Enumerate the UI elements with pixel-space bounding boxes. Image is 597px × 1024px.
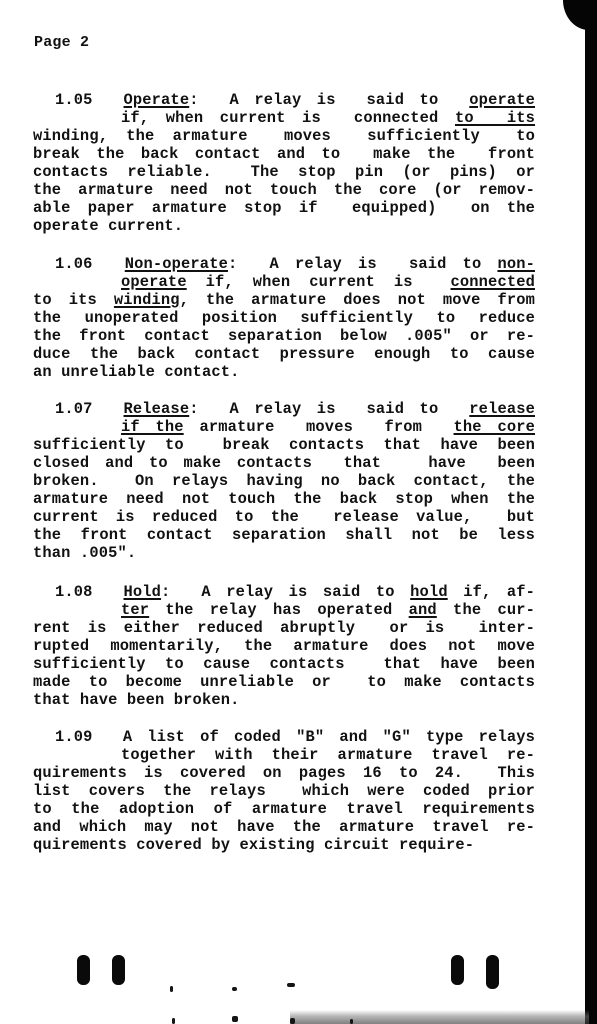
text-line: duce the back contact pressure enough to…	[33, 345, 535, 363]
text-line: winding, the armature moves sufficiently…	[33, 127, 535, 145]
text-line: armature need not touch the back stop wh…	[33, 490, 535, 508]
underlined-term: release	[469, 400, 535, 418]
binding-hole-left-1	[77, 955, 90, 985]
section-1-05-operate: 1.05 Operate: A relay is said to operate…	[33, 91, 535, 235]
section-1-06-non-operate: 1.06 Non-operate: A relay is said to non…	[33, 255, 535, 381]
text-line: rupted momentarily, the armature does no…	[33, 637, 535, 655]
scan-speck	[170, 986, 173, 992]
text-line: if, when current is connected to its	[33, 109, 535, 127]
text-line: broken. On relays having no back contact…	[33, 472, 535, 490]
text-run: 1.08	[55, 583, 124, 601]
text-run: if, when current is connected	[121, 109, 455, 127]
text-run: the front contact separation below .005"…	[33, 327, 535, 345]
text-line: 1.05 Operate: A relay is said to operate	[33, 91, 535, 109]
underlined-term: to its	[455, 109, 535, 127]
text-line: operate current.	[33, 217, 535, 235]
underlined-term: hold	[410, 583, 448, 601]
text-run: rupted momentarily, the armature does no…	[33, 637, 535, 655]
text-run: rent is either reduced abruptly or is in…	[33, 619, 535, 637]
text-line: rent is either reduced abruptly or is in…	[33, 619, 535, 637]
text-run: winding, the armature moves sufficiently…	[33, 127, 535, 145]
text-run: , the armature does not move from	[180, 291, 535, 309]
text-line: ter the relay has operated and the cur-	[33, 601, 535, 619]
scan-shadow-bottom	[290, 1010, 589, 1024]
text-run: if, af-	[448, 583, 535, 601]
text-run: duce the back contact pressure enough to…	[33, 345, 535, 363]
text-run: sufficiently to cause contacts that have…	[33, 655, 535, 673]
text-line: if the armature moves from the core	[33, 418, 535, 436]
text-line: the front contact separation below .005"…	[33, 327, 535, 345]
underlined-term: Release	[124, 400, 190, 418]
text-line: 1.06 Non-operate: A relay is said to non…	[33, 255, 535, 273]
text-line: the armature need not touch the core (or…	[33, 181, 535, 199]
text-line: closed and to make contacts that have be…	[33, 454, 535, 472]
text-run: current is reduced to the release value,…	[33, 508, 535, 526]
underlined-term: operate	[121, 273, 187, 291]
scan-speck	[232, 987, 237, 991]
binding-hole-right-1	[451, 955, 464, 985]
text-line: that have been broken.	[33, 691, 535, 709]
text-run: 1.06	[55, 255, 125, 273]
section-1-07-release: 1.07 Release: A relay is said to release…	[33, 400, 535, 562]
underlined-term: Operate	[124, 91, 190, 109]
text-run: the relay has operated	[149, 601, 408, 619]
section-1-09-relay-list: 1.09 A list of coded "B" and "G" type re…	[33, 728, 535, 854]
text-run: broken. On relays having no back contact…	[33, 472, 535, 490]
text-run: armature need not touch the back stop wh…	[33, 490, 535, 508]
text-line: break the back contact and to make the f…	[33, 145, 535, 163]
text-line: 1.09 A list of coded "B" and "G" type re…	[33, 728, 535, 746]
text-run: closed and to make contacts that have be…	[33, 454, 535, 472]
text-run: the front contact separation shall not b…	[33, 526, 535, 544]
underlined-term: Hold	[124, 583, 162, 601]
text-line: the unoperated position sufficiently to …	[33, 309, 535, 327]
underlined-term: the core	[454, 418, 535, 436]
text-line: to the adoption of armature travel requi…	[33, 800, 535, 818]
text-run: 1.05	[55, 91, 124, 109]
underlined-term: and	[409, 601, 437, 619]
binding-hole-left-2	[112, 955, 125, 985]
text-line: and which may not have the armature trav…	[33, 818, 535, 836]
text-run: the armature need not touch the core (or…	[33, 181, 535, 199]
text-line: quirements is covered on pages 16 to 24.…	[33, 764, 535, 782]
text-line: sufficiently to break contacts that have…	[33, 436, 535, 454]
text-run: that have been broken.	[33, 691, 240, 709]
scan-speck	[287, 983, 295, 987]
text-line: operate if, when current is connected	[33, 273, 535, 291]
text-run: : A relay is said to	[189, 400, 469, 418]
text-run: contacts reliable. The stop pin (or pins…	[33, 163, 535, 181]
text-line: an unreliable contact.	[33, 363, 535, 381]
underlined-term: Non-operate	[125, 255, 228, 273]
text-line: quirements covered by existing circuit r…	[33, 836, 535, 854]
section-1-08-hold: 1.08 Hold: A relay is said to hold if, a…	[33, 583, 535, 709]
text-run: the unoperated position sufficiently to …	[33, 309, 535, 327]
text-line: to its winding, the armature does not mo…	[33, 291, 535, 309]
text-run: 1.07	[55, 400, 124, 418]
scan-speck	[172, 1018, 175, 1024]
text-run: : A relay is said to	[228, 255, 497, 273]
text-run: armature moves from	[184, 418, 454, 436]
text-run: list covers the relays which were coded …	[33, 782, 535, 800]
text-line: list covers the relays which were coded …	[33, 782, 535, 800]
text-run: to its	[33, 291, 114, 309]
document-page: Page 2 1.05 Operate: A relay is said to …	[0, 0, 597, 1024]
text-run: than .005".	[33, 544, 136, 562]
text-line: contacts reliable. The stop pin (or pins…	[33, 163, 535, 181]
text-line: than .005".	[33, 544, 535, 562]
text-run: and which may not have the armature trav…	[33, 818, 535, 836]
text-run: : A relay is said to	[161, 583, 410, 601]
text-run: together with their armature travel re-	[121, 746, 535, 764]
text-run: if, when current is	[187, 273, 451, 291]
underlined-term: winding	[114, 291, 180, 309]
text-run: able paper armature stop if equipped) on…	[33, 199, 535, 217]
text-run: operate current.	[33, 217, 183, 235]
text-run: made to become unreliable or to make con…	[33, 673, 535, 691]
scan-speck	[290, 1018, 295, 1024]
text-run: an unreliable contact.	[33, 363, 240, 381]
scan-speck	[350, 1019, 353, 1024]
scan-border-corner	[563, 0, 589, 30]
page-number-label: Page 2	[34, 34, 89, 51]
text-line: the front contact separation shall not b…	[33, 526, 535, 544]
text-line: 1.07 Release: A relay is said to release	[33, 400, 535, 418]
text-run: : A relay is said to	[189, 91, 469, 109]
scan-speck	[232, 1016, 238, 1022]
underlined-term: ter	[121, 601, 149, 619]
text-run: quirements is covered on pages 16 to 24.…	[33, 764, 535, 782]
text-line: together with their armature travel re-	[33, 746, 535, 764]
underlined-term: non-	[497, 255, 535, 273]
text-run: to the adoption of armature travel requi…	[33, 800, 535, 818]
text-line: able paper armature stop if equipped) on…	[33, 199, 535, 217]
text-line: 1.08 Hold: A relay is said to hold if, a…	[33, 583, 535, 601]
text-run: 1.09 A list of coded "B" and "G" type re…	[55, 728, 535, 746]
text-run: sufficiently to break contacts that have…	[33, 436, 535, 454]
scan-border-right	[585, 0, 597, 1024]
underlined-term: connected	[451, 273, 535, 291]
text-run: quirements covered by existing circuit r…	[33, 836, 474, 854]
underlined-term: operate	[469, 91, 535, 109]
text-line: made to become unreliable or to make con…	[33, 673, 535, 691]
text-line: current is reduced to the release value,…	[33, 508, 535, 526]
text-run: break the back contact and to make the f…	[33, 145, 535, 163]
text-run: the cur-	[437, 601, 535, 619]
text-line: sufficiently to cause contacts that have…	[33, 655, 535, 673]
underlined-term: if the	[121, 418, 184, 436]
binding-hole-right-2	[486, 955, 499, 989]
